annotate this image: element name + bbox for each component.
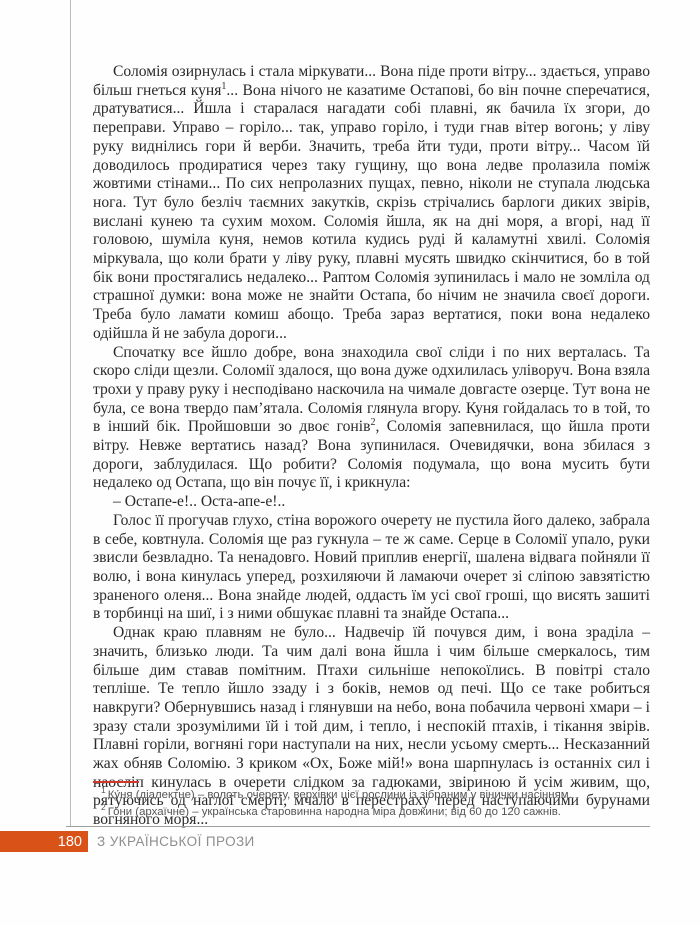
section-title: З УКРАЇНСЬКОЇ ПРОЗИ: [97, 831, 255, 852]
paragraph-text: ... Вона нічого не казатиме Остапові, бо…: [93, 82, 650, 342]
footnote-separator-rule: [93, 781, 139, 783]
paragraph-text: – Остапе-е!.. Оста-апе-е!..: [113, 493, 285, 510]
footnotes-block: 1Ку́ня (діалектне) – волоть очерету, вер…: [101, 787, 646, 820]
paragraph: Спочатку все йшло добре, вона знаходила …: [93, 344, 650, 494]
page-number: 180: [58, 834, 82, 850]
main-text-block: Соломія озирнулась і стала міркувати... …: [93, 63, 650, 830]
margin-rule-vertical: [70, 0, 71, 826]
paragraph: Голос її прогучав глухо, стіна ворожого …: [93, 512, 650, 624]
footnote-text: Ку́ня (діалектне) – волоть очерету, верх…: [108, 789, 572, 801]
footnote: 1Ку́ня (діалектне) – волоть очерету, вер…: [101, 787, 646, 804]
dialogue-line: – Остапе-е!.. Оста-апе-е!..: [93, 493, 650, 512]
footnote-number: 1: [101, 785, 106, 795]
footnote-number: 2: [101, 802, 106, 812]
footer-rule: [66, 826, 650, 827]
paragraph: Соломія озирнулась і стала міркувати... …: [93, 63, 650, 344]
page-number-badge: 180: [0, 831, 88, 852]
footnote: 2Го́ни (архаїчне) – українська старовинн…: [101, 804, 646, 821]
paragraph-text: Голос її прогучав глухо, стіна ворожого …: [93, 512, 650, 623]
footnote-text: Го́ни (архаїчне) – українська старовинна…: [108, 806, 561, 818]
